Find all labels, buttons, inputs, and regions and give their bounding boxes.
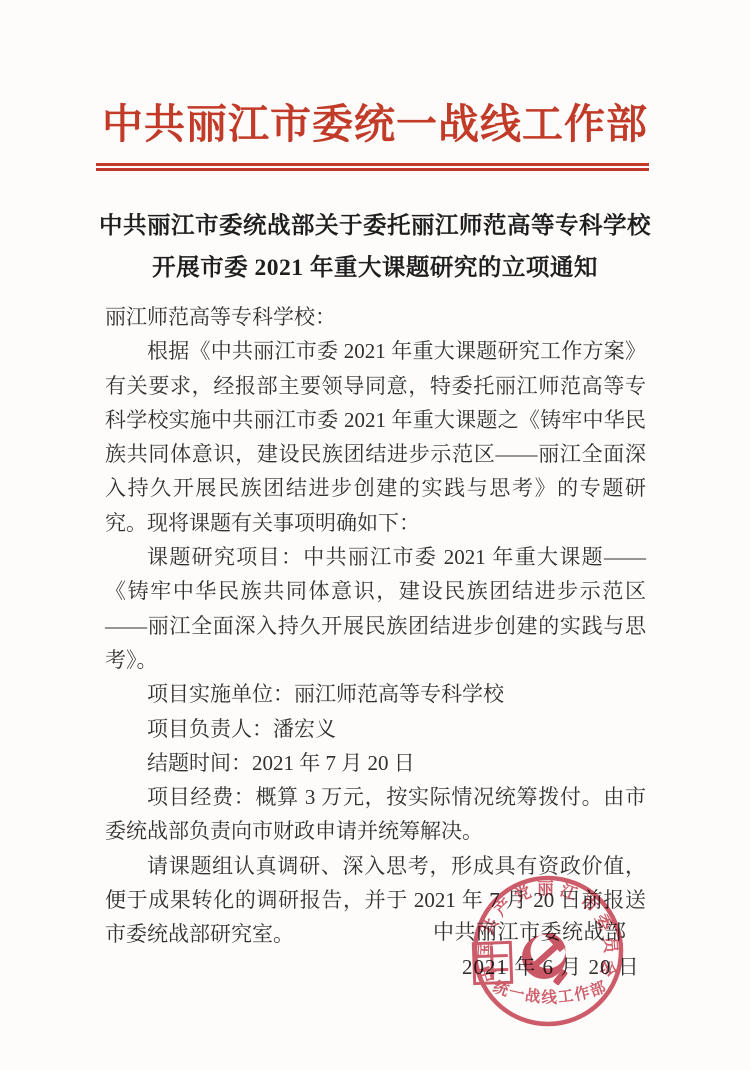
paragraph-project: 课题研究项目：中共丽江市委 2021 年重大课题——《铸牢中华民族共同体意识，建… bbox=[105, 540, 646, 677]
document-body: 丽江师范高等专科学校： 根据《中共丽江市委 2021 年重大课题研究工作方案》有… bbox=[105, 300, 646, 952]
paragraph-implementing-unit: 项目实施单位：丽江师范高等专科学校 bbox=[105, 677, 646, 711]
scanned-document-page: 中共丽江市委统一战线工作部 中共丽江市委统战部关于委托丽江师范高等专科学校 开展… bbox=[0, 0, 750, 1070]
paragraph-funding: 项目经费：概算 3 万元，按实际情况统筹拨付。由市委统战部负责向市财政申请并统筹… bbox=[105, 780, 646, 849]
paragraph-project-leader: 项目负责人：潘宏义 bbox=[105, 712, 646, 746]
letterhead-divider bbox=[96, 163, 649, 171]
official-seal: 中国共产党丽江市委员会 统一战线工作部 bbox=[468, 871, 628, 1031]
document-title: 中共丽江市委统战部关于委托丽江师范高等专科学校 开展市委 2021 年重大课题研… bbox=[55, 205, 695, 289]
document-title-line-1: 中共丽江市委统战部关于委托丽江师范高等专科学校 bbox=[55, 205, 695, 247]
paragraph-deadline: 结题时间：2021 年 7 月 20 日 bbox=[105, 746, 646, 780]
hammer-sickle-icon bbox=[522, 932, 568, 986]
paragraph-basis: 根据《中共丽江市委 2021 年重大课题研究工作方案》有关要求，经报部主要领导同… bbox=[105, 334, 646, 540]
salutation: 丽江师范高等专科学校： bbox=[105, 300, 646, 334]
divider-bottom-line bbox=[96, 168, 649, 171]
letterhead-org-name: 中共丽江市委统一战线工作部 bbox=[0, 100, 750, 148]
document-title-line-2: 开展市委 2021 年重大课题研究的立项通知 bbox=[55, 247, 695, 289]
